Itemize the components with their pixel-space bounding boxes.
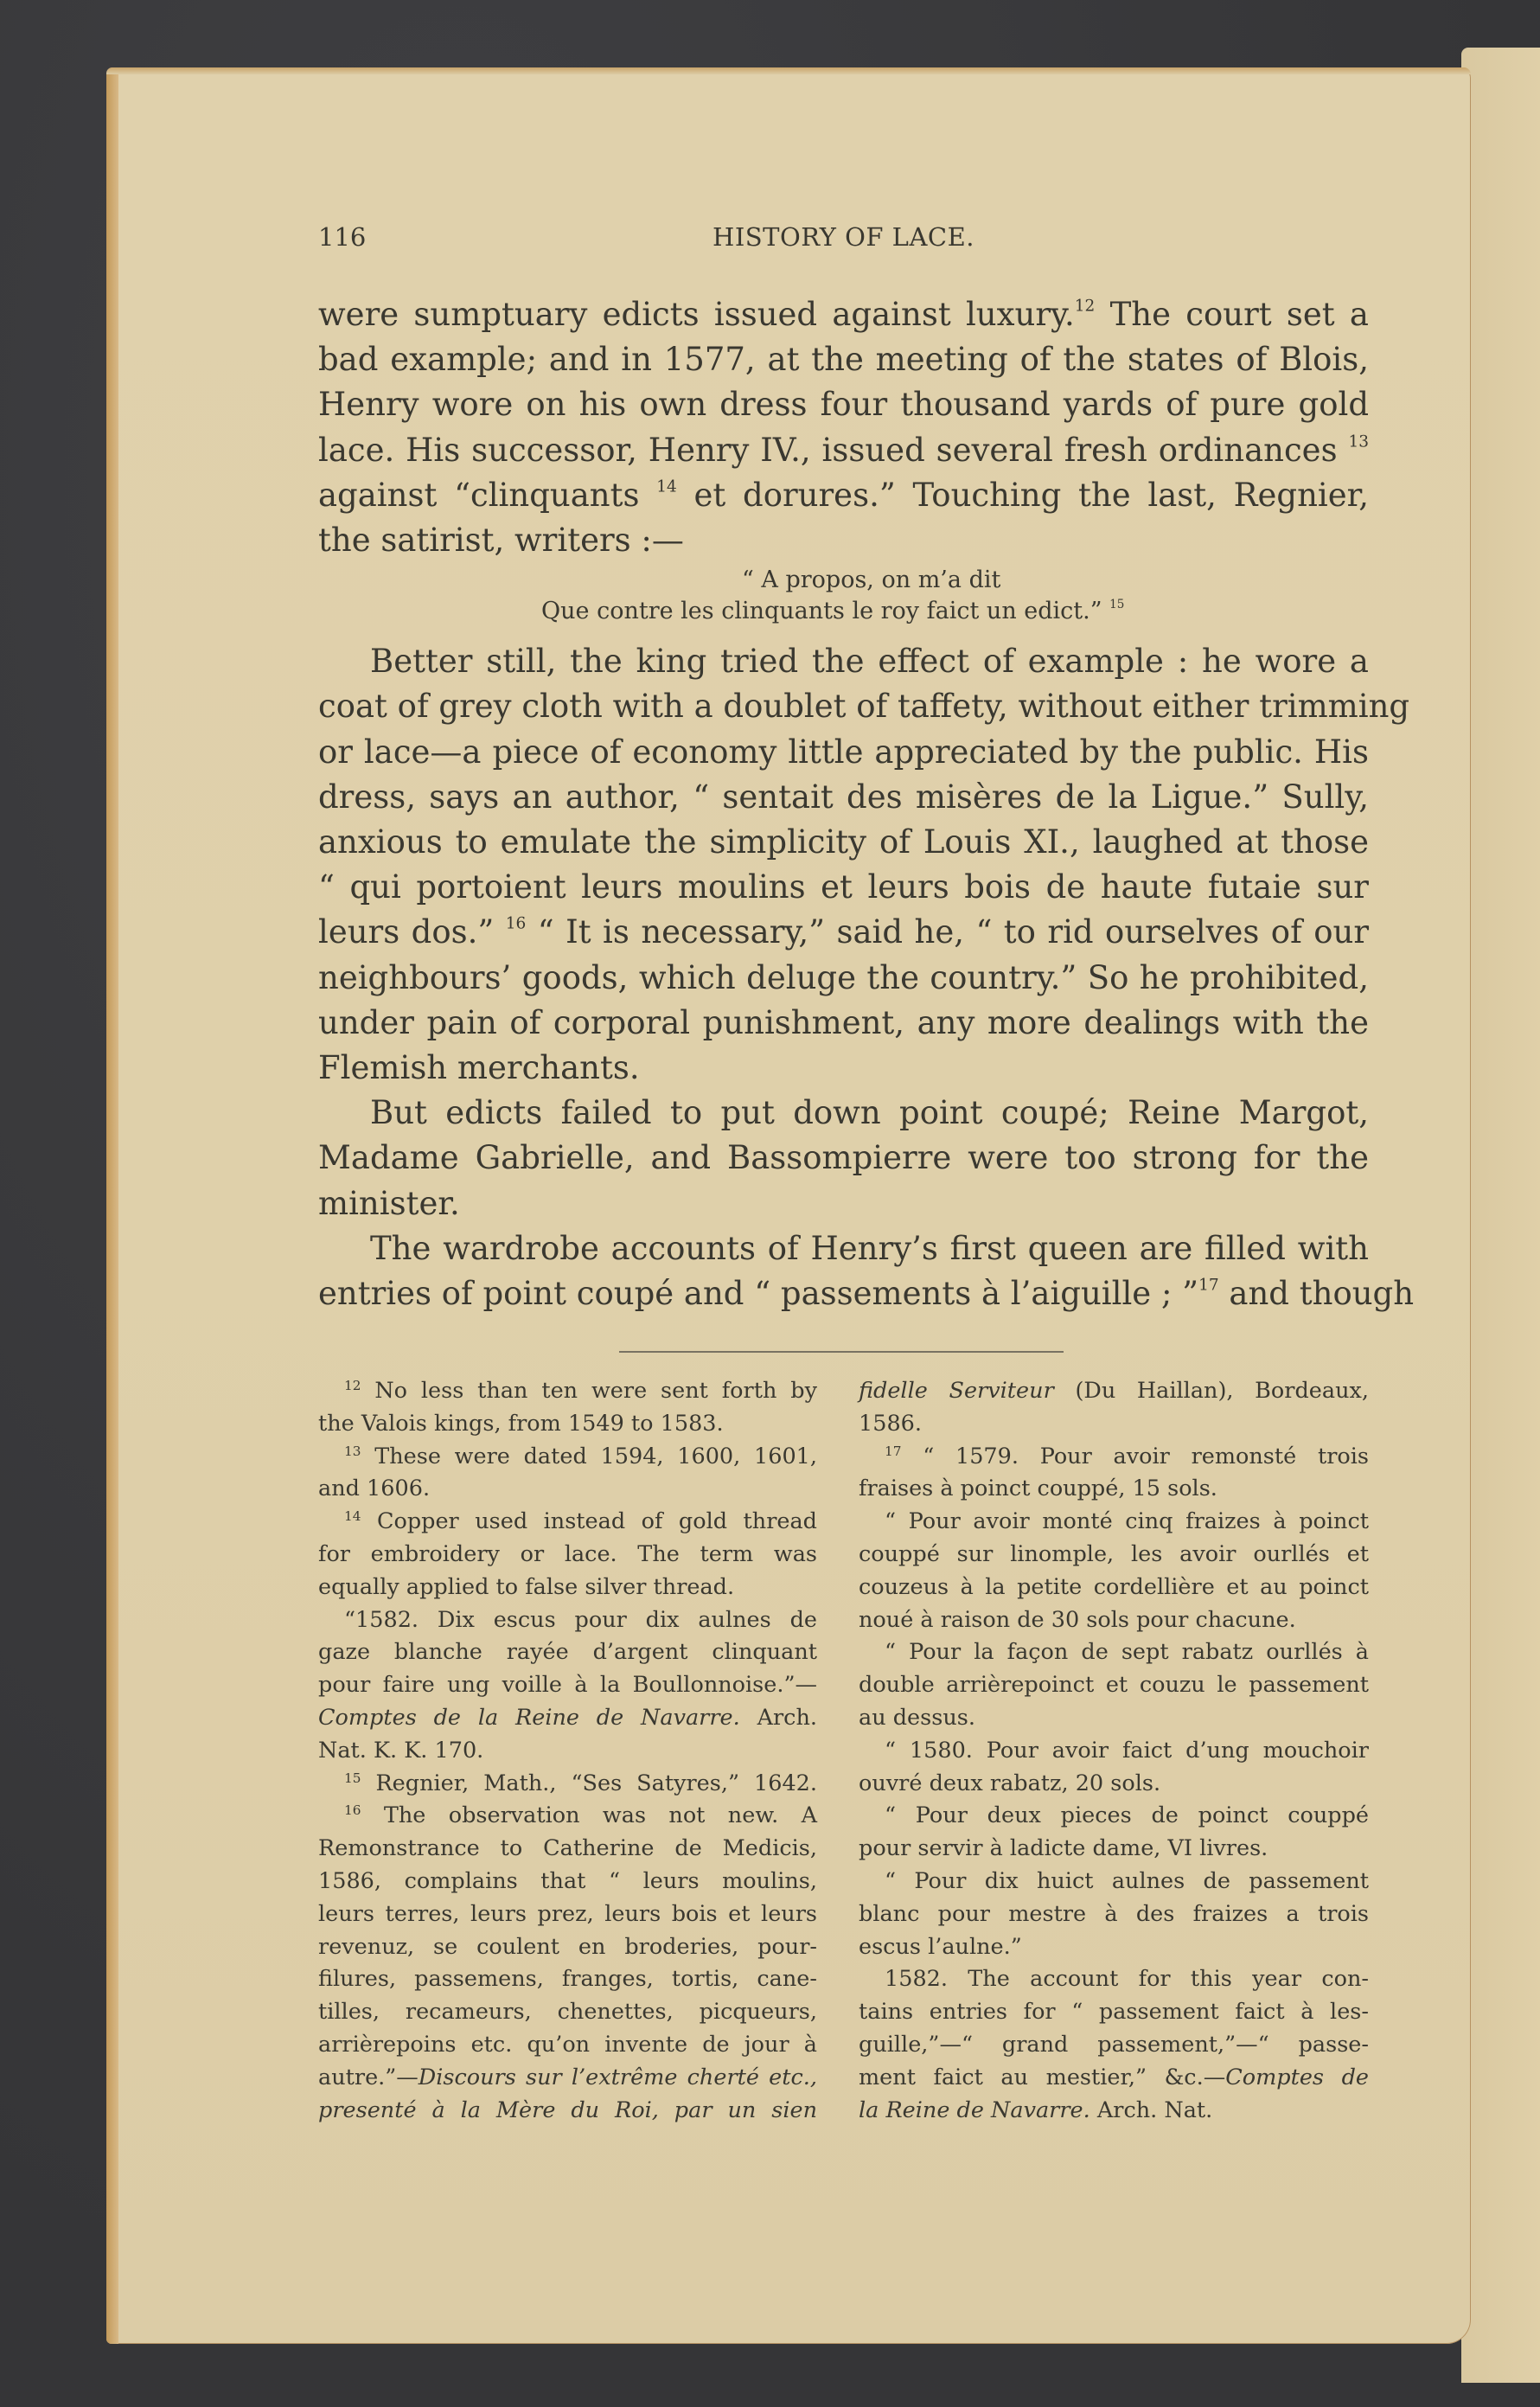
text-line: lace. His successor, Henry IV., issued s… [318,428,1369,473]
footnote-ref[interactable]: 15 [1109,598,1124,611]
text-line: leurs dos.” 16 “ It is necessary,” said … [318,910,1369,955]
footnote-ref[interactable]: 17 [1198,1276,1219,1294]
running-title: HISTORY OF LACE. [318,222,1369,252]
footnote-separator [619,1351,1064,1353]
footnotes-left-column: 12 No less than ten were sent forth by t… [318,1375,817,2127]
text-line: anxious to emulate the simplicity of Lou… [318,820,1369,865]
adjacent-page-edge [1461,48,1540,2383]
running-head: 116 HISTORY OF LACE. [318,222,1369,257]
footnote-15: 15 Regnier, Math., “Ses Satyres,” 1642. [318,1768,817,1801]
text-line: dress, says an author, “ sentait des mis… [318,775,1369,820]
footnote-ref[interactable]: 16 [506,915,527,933]
main-text: were sumptuary edicts issued against lux… [318,292,1369,1316]
text-line: entries of point coupé and “ passements … [318,1271,1369,1316]
text-line: bad example; and in 1577, at the meeting… [318,337,1369,382]
footnote-17: 17 “ 1579. Pour avoir remonsté trois fra… [859,1441,1369,1964]
page-gutter-edge [106,67,118,2344]
text-line: Better still, the king tried the effect … [318,639,1369,684]
text-line: against “clinquants 14 et dorures.” Touc… [318,473,1369,518]
text-line: coat of grey cloth with a doublet of taf… [318,684,1369,729]
footnote-13: 13 These were dated 1594, 1600, 1601, an… [318,1441,817,1507]
text-line: the satirist, writers :— [318,518,1369,563]
footnote-ref[interactable]: 13 [1348,432,1369,451]
paragraph-2: Better still, the king tried the effect … [318,639,1369,1091]
text-line: minister. [318,1181,1369,1226]
footnote-ref[interactable]: 12 [1075,297,1096,315]
footnote-16: 16 The observation was not new. A Remons… [318,1800,817,2127]
footnote-1582: 1582. The account for this year con- tai… [859,1963,1369,2127]
text-line: Madame Gabrielle, and Bassompierre were … [318,1136,1369,1181]
page-top-edge [106,67,1471,74]
paragraph-1: were sumptuary edicts issued against lux… [318,292,1369,563]
footnote-12: 12 No less than ten were sent forth by t… [318,1375,817,1441]
verse-line: Que contre les clinquants le roy faict u… [318,596,1369,627]
text-line: neighbours’ goods, which deluge the coun… [318,956,1369,1001]
text-line: “ qui portoient leurs moulins et leurs b… [318,865,1369,910]
footnote-14: 14 Copper used instead of gold thread fo… [318,1506,817,1767]
text-line: The wardrobe accounts of Henry’s first q… [318,1226,1369,1271]
verse-line: “ A propos, on m’a dit [318,565,1369,596]
paragraph-3: But edicts failed to put down point coup… [318,1091,1369,1226]
paragraph-4: The wardrobe accounts of Henry’s first q… [318,1226,1369,1316]
footnote-ref[interactable]: 14 [656,477,677,496]
text-line: Flemish merchants. [318,1046,1369,1091]
text-line: were sumptuary edicts issued against lux… [318,292,1369,337]
footnote-16-continued: fidelle Serviteur (Du Haillan), Bordeaux… [859,1375,1369,1441]
text-line: Henry wore on his own dress four thousan… [318,382,1369,427]
verse-quotation: “ A propos, on m’a dit Que contre les cl… [318,565,1369,627]
footnotes-right-column: fidelle Serviteur (Du Haillan), Bordeaux… [859,1375,1369,2127]
text-line: under pain of corporal punishment, any m… [318,1001,1369,1046]
text-line: But edicts failed to put down point coup… [318,1091,1369,1136]
text-line: or lace—a piece of economy little apprec… [318,730,1369,775]
